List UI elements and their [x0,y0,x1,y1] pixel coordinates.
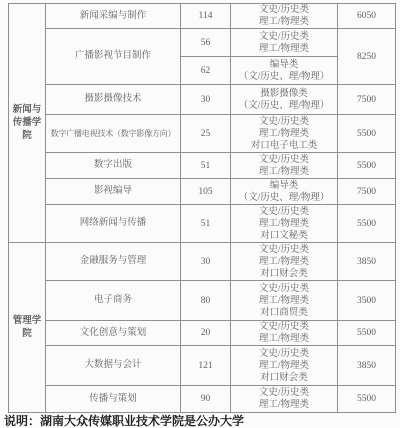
category-cell: 文史/历史类 理工/物理类 [231,29,338,57]
category-line: 文史/历史类 [232,348,336,360]
category-cell: 文史/历史类 理工/物理类 [231,153,338,179]
category-cell: 摄影摄像类 （文/历史、理/物理） [231,85,338,115]
tuition-cell: 8250 [338,29,396,85]
category-line: 文史/历史类 [232,206,336,218]
category-cell: 文史/历史类 理工/物理类 对口财会类 [231,346,338,386]
tuition-cell: 7500 [338,85,396,115]
page: 新闻与传播学院 新闻采编与制作 114 文史/历史类 理工/物理类 6050 广… [0,0,400,428]
major-cell: 影视编导 [46,179,181,205]
table-row: 管理学院 金融服务与管理 30 文史/历史类 理工/物理类 对口财会类 3850 [9,243,396,281]
tuition-cell: 5500 [338,386,396,413]
category-line: （文/历史、理/物理） [232,192,336,204]
major-cell: 文化创意与策划 [46,321,181,346]
category-line: 编导类 [232,180,336,192]
major-cell: 数字广播电视技术（数字影像方向） [46,115,181,153]
category-cell: 编导类 （文/历史、理/物理） [231,179,338,205]
count-cell: 20 [181,321,231,346]
table-row: 影视编导 105 编导类 （文/历史、理/物理） 7500 [9,179,396,205]
tuition-cell: 3500 [338,281,396,321]
category-line: 理工/物理类 [232,256,336,268]
major-cell: 金融服务与管理 [46,243,181,281]
category-cell: 编导类 （文/历史、理/物理） [231,57,338,85]
category-line: 理工/物理类 [232,295,336,307]
table-row: 电子商务 80 文史/历史类 理工/物理类 对口商贸类 3500 [9,281,396,321]
college-cell: 新闻与传播学院 [9,4,46,243]
category-line: 理工/物理类 [232,166,336,178]
category-line: 文史/历史类 [232,244,336,256]
category-line: 文史/历史类 [232,4,336,16]
category-cell: 文史/历史类 理工/物理类 [231,4,338,29]
tuition-cell: 5500 [338,115,396,153]
note: 说明：湖南大众传媒职业技术学院是公办大学 [4,412,396,428]
tuition-cell: 3850 [338,346,396,386]
count-cell: 56 [181,29,231,57]
category-line: 文史/历史类 [232,321,336,333]
category-line: 摄影摄像类 [232,88,336,100]
category-cell: 文史/历史类 理工/物理类 对口文秘类 [231,205,338,243]
major-cell: 摄影摄像技术 [46,85,181,115]
category-line: 文史/历史类 [232,116,336,128]
table-row: 广播影视节目制作 56 文史/历史类 理工/物理类 8250 [9,29,396,57]
category-cell: 文史/历史类 理工/物理类 [231,386,338,413]
category-line: 理工/物理类 [232,128,336,140]
major-cell: 新闻采编与制作 [46,4,181,29]
category-line: 理工/物理类 [232,218,336,230]
count-cell: 62 [181,57,231,85]
major-cell: 网络新闻与传播 [46,205,181,243]
tuition-cell: 5500 [338,321,396,346]
category-line: 文史/历史类 [232,154,336,166]
count-cell: 114 [181,4,231,29]
table-row: 数字出版 51 文史/历史类 理工/物理类 5500 [9,153,396,179]
major-cell: 电子商务 [46,281,181,321]
category-line: 编导类 [232,59,336,71]
tuition-cell: 7500 [338,179,396,205]
count-cell: 51 [181,205,231,243]
count-cell: 30 [181,243,231,281]
category-line: 理工/物理类 [232,16,336,28]
category-line: 对口电子电工类 [232,140,336,152]
category-line: 对口财会类 [232,372,336,384]
table-row: 摄影摄像技术 30 摄影摄像类 （文/历史、理/物理） 7500 [9,85,396,115]
category-line: 对口文秘类 [232,230,336,242]
category-line: （文/历史、理/物理） [232,100,336,112]
tuition-cell: 5500 [338,205,396,243]
category-line: 对口商贸类 [232,307,336,319]
table-row: 数字广播电视技术（数字影像方向） 25 文史/历史类 理工/物理类 对口电子电工… [9,115,396,153]
major-cell: 大数据与会计 [46,346,181,386]
admissions-table: 新闻与传播学院 新闻采编与制作 114 文史/历史类 理工/物理类 6050 广… [8,3,396,413]
count-cell: 51 [181,153,231,179]
table-row: 网络新闻与传播 51 文史/历史类 理工/物理类 对口文秘类 5500 [9,205,396,243]
category-line: 文史/历史类 [232,283,336,295]
category-line: （文/历史、理/物理） [232,71,336,83]
category-cell: 文史/历史类 理工/物理类 对口电子电工类 [231,115,338,153]
table-row: 传播与策划 90 文史/历史类 理工/物理类 5500 [9,386,396,413]
category-line: 理工/物理类 [232,333,336,345]
category-cell: 文史/历史类 理工/物理类 对口财会类 [231,243,338,281]
tuition-cell: 6050 [338,4,396,29]
category-line: 文史/历史类 [232,31,336,43]
count-cell: 90 [181,386,231,413]
category-cell: 文史/历史类 理工/物理类 [231,321,338,346]
major-cell: 广播影视节目制作 [46,29,181,85]
count-cell: 30 [181,85,231,115]
table-row: 新闻与传播学院 新闻采编与制作 114 文史/历史类 理工/物理类 6050 [9,4,396,29]
count-cell: 25 [181,115,231,153]
category-line: 文史/历史类 [232,387,336,399]
count-cell: 105 [181,179,231,205]
table-row: 文化创意与策划 20 文史/历史类 理工/物理类 5500 [9,321,396,346]
count-cell: 121 [181,346,231,386]
table-row: 大数据与会计 121 文史/历史类 理工/物理类 对口财会类 3850 [9,346,396,386]
college-cell: 管理学院 [9,243,46,413]
category-line: 理工/物理类 [232,399,336,411]
category-line: 理工/物理类 [232,43,336,55]
category-line: 理工/物理类 [232,360,336,372]
major-cell: 数字出版 [46,153,181,179]
count-cell: 80 [181,281,231,321]
category-cell: 文史/历史类 理工/物理类 对口商贸类 [231,281,338,321]
tuition-cell: 5500 [338,153,396,179]
major-cell: 传播与策划 [46,386,181,413]
category-line: 对口财会类 [232,268,336,280]
tuition-cell: 3850 [338,243,396,281]
